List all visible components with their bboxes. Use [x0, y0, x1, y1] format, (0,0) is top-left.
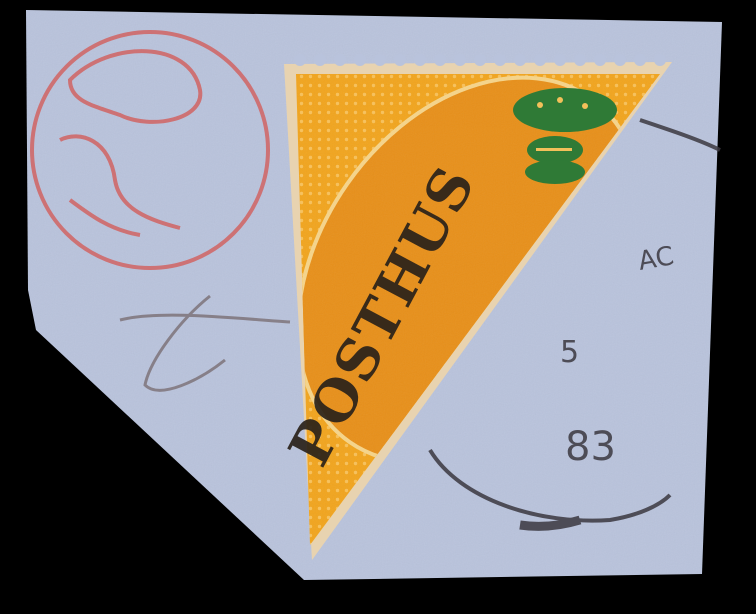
postmark-fragment: AC: [636, 241, 676, 277]
postmark-year: 83: [565, 424, 616, 470]
stamp-photo: Nt POSTHUS AC 5 83: [0, 0, 756, 614]
postmark-day: 5: [560, 335, 579, 370]
